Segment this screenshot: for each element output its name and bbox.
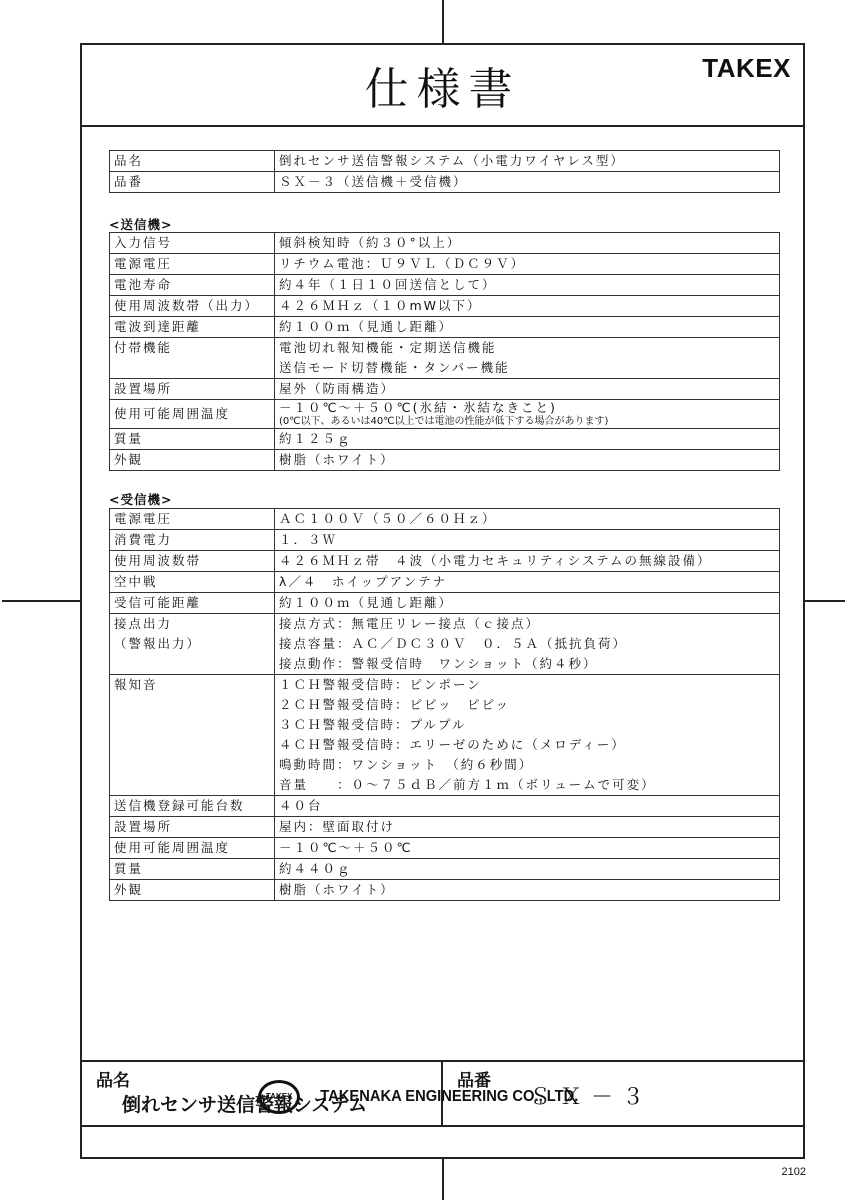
value-line: 音量 ：０～７５ｄＢ／前方１ｍ（ボリュームで可変） — [279, 775, 775, 795]
row-value: 約１２５ｇ — [275, 429, 780, 450]
row-label: 電波到達距離 — [110, 317, 275, 338]
row-label: 設置場所 — [110, 379, 275, 400]
table-row: 品番 ＳＸ－３（送信機＋受信機） — [110, 172, 780, 193]
row-label: 設置場所 — [110, 817, 275, 838]
value-line: ４ＣＨ警報受信時：エリーゼのために（メロディー） — [279, 735, 775, 755]
takex-circle-logo-icon: TAKEX — [258, 1080, 300, 1114]
row-value: １ＣＨ警報受信時：ピンポーン ２ＣＨ警報受信時：ピピッ ピピッ ３ＣＨ警報受信時… — [275, 675, 780, 796]
table-row: 外観樹脂（ホワイト） — [110, 880, 780, 901]
row-label: 付帯機能 — [110, 338, 275, 379]
section-heading-transmitter: <送信機> — [109, 215, 172, 233]
value-line: 電池切れ報知機能・定期送信機能 — [279, 338, 775, 358]
table-row: 使用可能周囲温度－１０℃～＋５０℃ — [110, 838, 780, 859]
table-row: 消費電力１．３Ｗ — [110, 530, 780, 551]
value-line: ２ＣＨ警報受信時：ピピッ ピピッ — [279, 695, 775, 715]
crop-mark-bottom — [442, 1159, 444, 1200]
table-row: 受信可能距離約１００ｍ（見通し距離） — [110, 593, 780, 614]
table-row: 入力信号傾斜検知時（約３０°以上） — [110, 233, 780, 254]
crop-mark-right — [805, 600, 845, 602]
row-value: 約１００ｍ（見通し距離） — [275, 593, 780, 614]
row-value: 樹脂（ホワイト） — [275, 880, 780, 901]
row-value: 屋外（防雨構造） — [275, 379, 780, 400]
row-label: 使用周波数帯（出力） — [110, 296, 275, 317]
row-value: 樹脂（ホワイト） — [275, 450, 780, 471]
value-line: －１０℃～＋５０℃(氷結・氷結なきこと) — [279, 400, 775, 416]
row-label: 使用周波数帯 — [110, 551, 275, 572]
product-table: 品名 倒れセンサ送信警報システム（小電力ワイヤレス型） 品番 ＳＸ－３（送信機＋… — [109, 150, 780, 193]
row-label: 外観 — [110, 450, 275, 471]
row-label: 質量 — [110, 859, 275, 880]
row-value: λ／４ ホイップアンテナ — [275, 572, 780, 593]
spec-sheet-frame: 仕様書 TAKEX 品名 倒れセンサ送信警報システム（小電力ワイヤレス型） 品番… — [80, 43, 805, 1159]
row-label: 使用可能周囲温度 — [110, 400, 275, 429]
page-title: 仕様書 — [82, 53, 803, 117]
crop-mark-left — [2, 600, 80, 602]
row-label: 入力信号 — [110, 233, 275, 254]
table-row: 電源電圧ＡＣ１００Ｖ（５０／６０Ｈｚ） — [110, 509, 780, 530]
row-label: 質量 — [110, 429, 275, 450]
row-label: 報知音 — [110, 675, 275, 796]
table-row: 送信機登録可能台数４０台 — [110, 796, 780, 817]
table-row: 品名 倒れセンサ送信警報システム（小電力ワイヤレス型） — [110, 151, 780, 172]
row-label: 外観 — [110, 880, 275, 901]
crop-mark-top — [442, 0, 444, 44]
label-line: 接点出力 — [114, 614, 270, 634]
table-row: 空中戦λ／４ ホイップアンテナ — [110, 572, 780, 593]
value-line: １ＣＨ警報受信時：ピンポーン — [279, 675, 775, 695]
row-label: 使用可能周囲温度 — [110, 838, 275, 859]
label-line: （警報出力） — [114, 634, 270, 654]
table-row: 使用可能周囲温度 －１０℃～＋５０℃(氷結・氷結なきこと) (0℃以下、あるいは… — [110, 400, 780, 429]
table-row: 電源電圧リチウム電池：Ｕ９ＶＬ（ＤＣ９Ｖ） — [110, 254, 780, 275]
table-row: 使用周波数帯（出力）４２６ＭＨｚ（１０mW以下） — [110, 296, 780, 317]
row-value: リチウム電池：Ｕ９ＶＬ（ＤＣ９Ｖ） — [275, 254, 780, 275]
row-value: 傾斜検知時（約３０°以上） — [275, 233, 780, 254]
table-row: 接点出力 （警報出力） 接点方式：無電圧リレー接点（ｃ接点） 接点容量：ＡＣ／Ｄ… — [110, 614, 780, 675]
receiver-table: 電源電圧ＡＣ１００Ｖ（５０／６０Ｈｚ） 消費電力１．３Ｗ 使用周波数帯４２６ＭＨ… — [109, 508, 780, 901]
row-label: 品番 — [110, 172, 275, 193]
row-label: 接点出力 （警報出力） — [110, 614, 275, 675]
table-row: 設置場所屋外（防雨構造） — [110, 379, 780, 400]
value-line: 接点方式：無電圧リレー接点（ｃ接点） — [279, 614, 775, 634]
table-row: 報知音 １ＣＨ警報受信時：ピンポーン ２ＣＨ警報受信時：ピピッ ピピッ ３ＣＨ警… — [110, 675, 780, 796]
table-row: 外観樹脂（ホワイト） — [110, 450, 780, 471]
row-value: 倒れセンサ送信警報システム（小電力ワイヤレス型） — [275, 151, 780, 172]
row-value: 電池切れ報知機能・定期送信機能 送信モード切替機能・タンパー機能 — [275, 338, 780, 379]
row-value: －１０℃～＋５０℃(氷結・氷結なきこと) (0℃以下、あるいは40℃以上では電池… — [275, 400, 780, 429]
transmitter-table: 入力信号傾斜検知時（約３０°以上） 電源電圧リチウム電池：Ｕ９ＶＬ（ＤＣ９Ｖ） … — [109, 232, 780, 471]
table-row: 電波到達距離約１００ｍ（見通し距離） — [110, 317, 780, 338]
row-value: ４２６ＭＨｚ（１０mW以下） — [275, 296, 780, 317]
table-row: 付帯機能 電池切れ報知機能・定期送信機能 送信モード切替機能・タンパー機能 — [110, 338, 780, 379]
row-label: 空中戦 — [110, 572, 275, 593]
table-row: 電池寿命約４年（１日１０回送信として） — [110, 275, 780, 296]
brand-logo: TAKEX — [702, 53, 791, 84]
row-value: ＡＣ１００Ｖ（５０／６０Ｈｚ） — [275, 509, 780, 530]
section-heading-receiver: <受信機> — [109, 490, 172, 508]
row-value: 約１００ｍ（見通し距離） — [275, 317, 780, 338]
row-label: 送信機登録可能台数 — [110, 796, 275, 817]
sheet-header: 仕様書 TAKEX — [82, 45, 803, 127]
row-label: 消費電力 — [110, 530, 275, 551]
row-value: ４０台 — [275, 796, 780, 817]
row-value: 接点方式：無電圧リレー接点（ｃ接点） 接点容量：ＡＣ／ＤＣ３０Ｖ ０．５Ａ（抵抗… — [275, 614, 780, 675]
row-value: 屋内：壁面取付け — [275, 817, 780, 838]
table-row: 設置場所屋内：壁面取付け — [110, 817, 780, 838]
table-row: 使用周波数帯４２６ＭＨｚ帯 ４波（小電力セキュリティシステムの無線設備） — [110, 551, 780, 572]
row-label: 品名 — [110, 151, 275, 172]
table-row: 質量約４４０ｇ — [110, 859, 780, 880]
value-line: ３ＣＨ警報受信時：プルプル — [279, 715, 775, 735]
company-name: TAKENAKA ENGINEERING CO., LTD. — [320, 1088, 578, 1106]
value-line: 鳴動時間：ワンショット （約６秒間） — [279, 755, 775, 775]
row-label: 電源電圧 — [110, 509, 275, 530]
row-value: 約４年（１日１０回送信として） — [275, 275, 780, 296]
row-value: １．３Ｗ — [275, 530, 780, 551]
row-value: －１０℃～＋５０℃ — [275, 838, 780, 859]
row-value: 約４４０ｇ — [275, 859, 780, 880]
row-value: ＳＸ－３（送信機＋受信機） — [275, 172, 780, 193]
value-note: (0℃以下、あるいは40℃以上では電池の性能が低下する場合があります) — [279, 416, 775, 428]
row-label: 電源電圧 — [110, 254, 275, 275]
value-line: 送信モード切替機能・タンパー機能 — [279, 358, 775, 378]
company-block: TAKEX TAKENAKA ENGINEERING CO., LTD. — [0, 1080, 848, 1114]
table-row: 質量約１２５ｇ — [110, 429, 780, 450]
row-label: 電池寿命 — [110, 275, 275, 296]
document-number: 2102 — [782, 1166, 806, 1178]
value-line: 接点容量：ＡＣ／ＤＣ３０Ｖ ０．５Ａ（抵抗負荷） — [279, 634, 775, 654]
row-value: ４２６ＭＨｚ帯 ４波（小電力セキュリティシステムの無線設備） — [275, 551, 780, 572]
row-label: 受信可能距離 — [110, 593, 275, 614]
value-line: 接点動作：警報受信時 ワンショット（約４秒） — [279, 654, 775, 674]
